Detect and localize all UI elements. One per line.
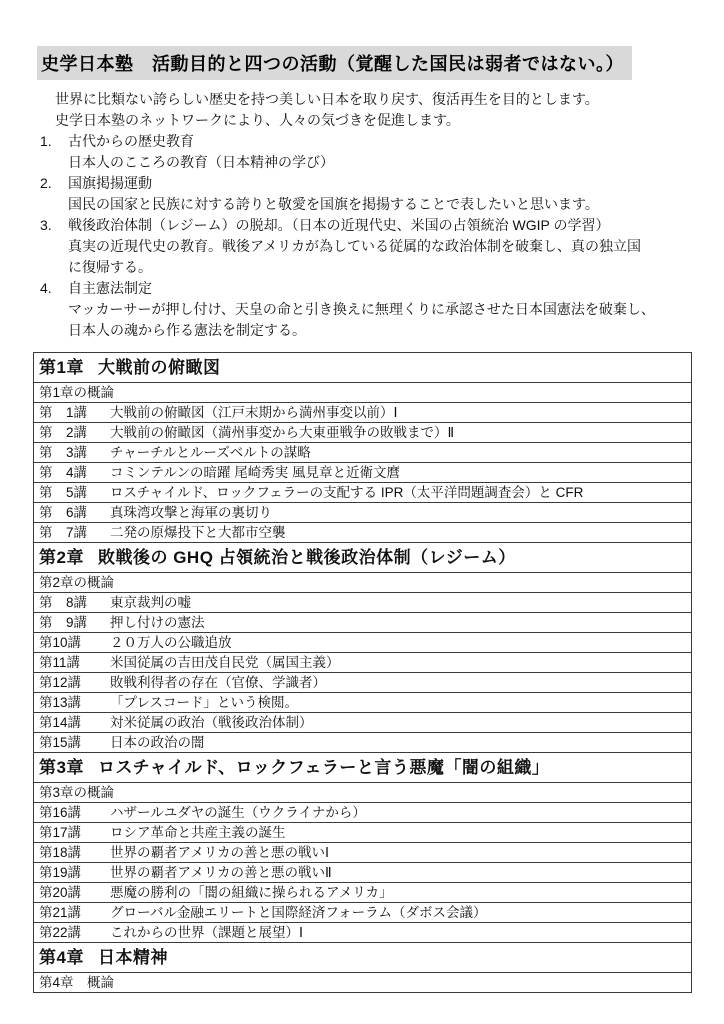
- lecture-title: ロスチャイルド、ロックフェラーの支配する IPR（太平洋問題調査会）と CFR: [110, 485, 583, 500]
- toc-lecture-row: 第14講対米従属の政治（戦後政治体制）: [34, 712, 691, 732]
- activity-line: 自主憲法制定: [68, 278, 655, 299]
- lecture-number: 第 3講: [39, 445, 97, 460]
- lecture-title: 日本の政治の闇: [110, 735, 205, 750]
- document-header: 史学日本塾 活動目的と四つの活動（覚醒した国民は弱者ではない。）: [37, 46, 632, 80]
- lecture-number: 第 2講: [39, 425, 97, 440]
- lecture-number: 第10講: [39, 635, 97, 650]
- activity-line: 古代からの歴史教育: [68, 131, 655, 152]
- toc-lecture-row: 第19講世界の覇者アメリカの善と悪の戦いⅡ: [34, 862, 691, 882]
- toc-lecture-row: 第20講悪魔の勝利の「闇の組織に操られるアメリカ」: [34, 882, 691, 902]
- lecture-title: ロシア革命と共産主義の誕生: [110, 825, 286, 840]
- lecture-number: 第19講: [39, 865, 97, 880]
- lecture-title: ２０万人の公職追放: [110, 635, 232, 650]
- intro-line: 世界に比類ない誇らしい歴史を持つ美しい日本を取り戻す、復活再生を目的とします。: [55, 89, 599, 110]
- activity-number: 4.: [40, 278, 68, 299]
- activity-item: 1.古代からの歴史教育日本人のこころの教育（日本精神の学び）: [40, 131, 655, 173]
- chapter-title: 敗戦後の GHQ 占領統治と戦後政治体制（レジーム）: [98, 548, 516, 567]
- lecture-number: 第13講: [39, 695, 97, 710]
- toc-lecture-row: 第 2講大戦前の俯瞰図（満州事変から大東亜戦争の敗戦まで）Ⅱ: [34, 422, 691, 442]
- lecture-title: チャーチルとルーズベルトの謀略: [110, 445, 311, 460]
- intro-paragraph: 世界に比類ない誇らしい歴史を持つ美しい日本を取り戻す、復活再生を目的とします。 …: [55, 89, 599, 131]
- lecture-number: 第12講: [39, 675, 97, 690]
- activity-item: 3.戦後政治体制（レジーム）の脱却。（日本の近現代史、米国の占領統治 WGIP …: [40, 215, 655, 278]
- lecture-title: コミンテルンの暗躍 尾崎秀実 風見章と近衛文麿: [110, 465, 400, 480]
- lecture-number: 第 4講: [39, 465, 97, 480]
- toc-overview-row: 第2章の概論: [34, 572, 691, 592]
- toc-overview-row: 第4章 概論: [34, 972, 691, 992]
- toc-chapter-row: 第1章大戦前の俯瞰図: [34, 353, 691, 382]
- activity-number: 3.: [40, 215, 68, 236]
- toc-lecture-row: 第 6講真珠湾攻撃と海軍の裏切り: [34, 502, 691, 522]
- activity-lines: 国旗掲揚運動国民の国家と民族に対する誇りと敬愛を国旗を掲揚することで表したいと思…: [68, 173, 655, 215]
- lecture-number: 第18講: [39, 845, 97, 860]
- toc-lecture-row: 第 7講二発の原爆投下と大都市空襲: [34, 522, 691, 542]
- toc-lecture-row: 第17講ロシア革命と共産主義の誕生: [34, 822, 691, 842]
- activity-line: 戦後政治体制（レジーム）の脱却。（日本の近現代史、米国の占領統治 WGIP の学…: [68, 215, 655, 236]
- lecture-number: 第 6講: [39, 505, 97, 520]
- lecture-title: 二発の原爆投下と大都市空襲: [110, 525, 286, 540]
- toc-overview-row: 第3章の概論: [34, 782, 691, 802]
- lecture-title: 真珠湾攻撃と海軍の裏切り: [110, 505, 272, 520]
- lecture-number: 第 5講: [39, 485, 97, 500]
- activity-line: 国旗掲揚運動: [68, 173, 655, 194]
- activity-line: に復帰する。: [68, 257, 655, 278]
- lecture-title: 対米従属の政治（戦後政治体制）: [110, 715, 313, 730]
- lecture-number: 第17講: [39, 825, 97, 840]
- lecture-title: グローバル金融エリートと国際経済フォーラム（ダボス会議）: [110, 905, 487, 920]
- overview-label: 第1章の概論: [39, 385, 114, 400]
- activity-lines: 自主憲法制定マッカーサーが押し付け、天皇の命と引き換えに無理くりに承認させた日本…: [68, 278, 655, 341]
- activity-number: 2.: [40, 173, 68, 194]
- toc-overview-row: 第1章の概論: [34, 382, 691, 402]
- toc-lecture-row: 第10講２０万人の公職追放: [34, 632, 691, 652]
- lecture-title: 大戦前の俯瞰図（満州事変から大東亜戦争の敗戦まで）Ⅱ: [110, 425, 454, 440]
- lecture-number: 第 1講: [39, 405, 97, 420]
- toc-lecture-row: 第 8講東京裁判の嘘: [34, 592, 691, 612]
- lecture-title: 米国従属の吉田茂自民党（属国主義）: [110, 655, 340, 670]
- lecture-number: 第22講: [39, 925, 97, 940]
- chapter-title: 日本精神: [98, 948, 168, 967]
- overview-label: 第3章の概論: [39, 785, 114, 800]
- toc-chapter-row: 第2章敗戦後の GHQ 占領統治と戦後政治体制（レジーム）: [34, 542, 691, 572]
- chapter-number: 第1章: [39, 358, 84, 377]
- intro-line: 史学日本塾のネットワークにより、人々の気づきを促進します。: [55, 110, 599, 131]
- activity-line: 日本人の魂から作る憲法を制定する。: [68, 320, 655, 341]
- chapter-number: 第2章: [39, 548, 84, 567]
- lecture-title: 「プレスコード」という検閲。: [110, 695, 298, 710]
- lecture-number: 第21講: [39, 905, 97, 920]
- activity-line: マッカーサーが押し付け、天皇の命と引き換えに無理くりに承認させた日本国憲法を破棄…: [68, 299, 655, 320]
- lecture-title: 大戦前の俯瞰図（江戸末期から満州事変以前）Ⅰ: [110, 405, 397, 420]
- activity-number: 1.: [40, 131, 68, 152]
- toc-lecture-row: 第 3講チャーチルとルーズベルトの謀略: [34, 442, 691, 462]
- activity-lines: 戦後政治体制（レジーム）の脱却。（日本の近現代史、米国の占領統治 WGIP の学…: [68, 215, 655, 278]
- toc-lecture-row: 第 5講ロスチャイルド、ロックフェラーの支配する IPR（太平洋問題調査会）と …: [34, 482, 691, 502]
- activity-item: 2.国旗掲揚運動国民の国家と民族に対する誇りと敬愛を国旗を掲揚することで表したい…: [40, 173, 655, 215]
- toc-lecture-row: 第18講世界の覇者アメリカの善と悪の戦いⅠ: [34, 842, 691, 862]
- lecture-number: 第 7講: [39, 525, 97, 540]
- lecture-number: 第15講: [39, 735, 97, 750]
- lecture-number: 第16講: [39, 805, 97, 820]
- chapter-title: 大戦前の俯瞰図: [98, 358, 221, 377]
- toc-lecture-row: 第16講ハザールユダヤの誕生（ウクライナから）: [34, 802, 691, 822]
- chapter-number: 第3章: [39, 758, 84, 777]
- toc-lecture-row: 第12講敗戦利得者の存在（官僚、学識者）: [34, 672, 691, 692]
- toc-table: 第1章大戦前の俯瞰図第1章の概論第 1講大戦前の俯瞰図（江戸末期から満州事変以前…: [33, 352, 692, 993]
- activity-line: 真実の近現代史の教育。戦後アメリカが為している従属的な政治体制を破棄し、真の独立…: [68, 236, 655, 257]
- lecture-number: 第11講: [39, 655, 97, 670]
- lecture-title: 世界の覇者アメリカの善と悪の戦いⅠ: [110, 845, 329, 860]
- activity-lines: 古代からの歴史教育日本人のこころの教育（日本精神の学び）: [68, 131, 655, 173]
- lecture-number: 第 8講: [39, 595, 97, 610]
- lecture-title: 悪魔の勝利の「闇の組織に操られるアメリカ」: [110, 885, 393, 900]
- lecture-title: ハザールユダヤの誕生（ウクライナから）: [110, 805, 366, 820]
- toc-lecture-row: 第22講これからの世界（課題と展望）Ⅰ: [34, 922, 691, 942]
- toc-lecture-row: 第15講日本の政治の闇: [34, 732, 691, 752]
- activity-line: 日本人のこころの教育（日本精神の学び）: [68, 152, 655, 173]
- activity-line: 国民の国家と民族に対する誇りと敬愛を国旗を掲揚することで表したいと思います。: [68, 194, 655, 215]
- lecture-number: 第14講: [39, 715, 97, 730]
- overview-label: 第4章 概論: [39, 975, 114, 990]
- activities-list: 1.古代からの歴史教育日本人のこころの教育（日本精神の学び）2.国旗掲揚運動国民…: [40, 131, 655, 341]
- toc-lecture-row: 第21講グローバル金融エリートと国際経済フォーラム（ダボス会議）: [34, 902, 691, 922]
- toc-lecture-row: 第11講米国従属の吉田茂自民党（属国主義）: [34, 652, 691, 672]
- lecture-title: 押し付けの憲法: [110, 615, 205, 630]
- lecture-title: 東京裁判の嘘: [110, 595, 191, 610]
- page-title: 史学日本塾 活動目的と四つの活動（覚醒した国民は弱者ではない。）: [37, 46, 632, 80]
- chapter-number: 第4章: [39, 948, 84, 967]
- lecture-title: 敗戦利得者の存在（官僚、学識者）: [110, 675, 326, 690]
- scanned-document-page: { "colors": { "highlight": "#d9d9d9", "b…: [0, 0, 724, 1024]
- lecture-number: 第20講: [39, 885, 97, 900]
- toc-lecture-row: 第 1講大戦前の俯瞰図（江戸末期から満州事変以前）Ⅰ: [34, 402, 691, 422]
- lecture-number: 第 9講: [39, 615, 97, 630]
- activity-item: 4.自主憲法制定マッカーサーが押し付け、天皇の命と引き換えに無理くりに承認させた…: [40, 278, 655, 341]
- toc-chapter-row: 第4章日本精神: [34, 942, 691, 972]
- lecture-title: 世界の覇者アメリカの善と悪の戦いⅡ: [110, 865, 332, 880]
- overview-label: 第2章の概論: [39, 575, 114, 590]
- chapter-title: ロスチャイルド、ロックフェラーと言う悪魔「闇の組織」: [98, 758, 549, 777]
- toc-lecture-row: 第 4講コミンテルンの暗躍 尾崎秀実 風見章と近衛文麿: [34, 462, 691, 482]
- toc-lecture-row: 第13講「プレスコード」という検閲。: [34, 692, 691, 712]
- toc-chapter-row: 第3章ロスチャイルド、ロックフェラーと言う悪魔「闇の組織」: [34, 752, 691, 782]
- toc-lecture-row: 第 9講押し付けの憲法: [34, 612, 691, 632]
- lecture-title: これからの世界（課題と展望）Ⅰ: [110, 925, 303, 940]
